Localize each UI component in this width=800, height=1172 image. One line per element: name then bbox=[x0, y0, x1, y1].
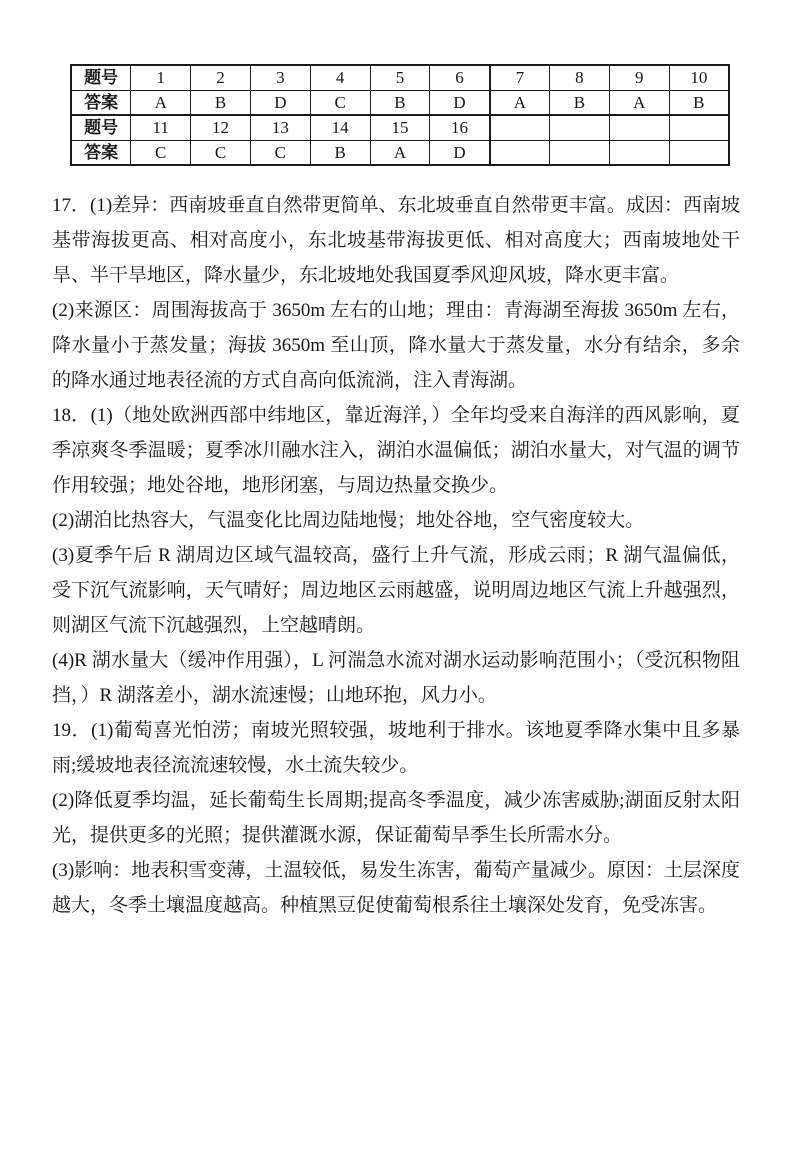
document-page: 题号 1 2 3 4 5 6 7 8 9 10 答案 A B D C B D A bbox=[0, 0, 800, 1172]
answer-paragraph-q19-3: (3)影响：地表积雪变薄，土温较低，易发生冻害，葡萄产量减少。原因：土层深度越大… bbox=[52, 853, 740, 923]
table-cell-empty bbox=[609, 115, 669, 140]
table-cell: D bbox=[430, 90, 490, 115]
table-cell: 11 bbox=[131, 115, 191, 140]
answer-paragraph-q18-2: (2)湖泊比热容大，气温变化比周边陆地慢；地处谷地，空气密度较大。 bbox=[52, 503, 740, 538]
table-cell-empty bbox=[550, 115, 610, 140]
table-cell: A bbox=[490, 90, 550, 115]
table-cell: B bbox=[550, 90, 610, 115]
answer-paragraph-q18-1: 18．(1)（地处欧洲西部中纬地区，靠近海洋，）全年均受来自海洋的西风影响，夏季… bbox=[52, 398, 740, 503]
table-cell: 4 bbox=[310, 65, 370, 90]
table-cell: C bbox=[131, 140, 191, 165]
table-cell-empty bbox=[490, 115, 550, 140]
table-cell: 1 bbox=[131, 65, 191, 90]
table-row-answers-11-16: 答案 C C C B A D bbox=[71, 140, 729, 165]
table-cell: 15 bbox=[370, 115, 430, 140]
table-cell: 16 bbox=[430, 115, 490, 140]
table-cell: 6 bbox=[430, 65, 490, 90]
table-cell-empty bbox=[609, 140, 669, 165]
table-cell: B bbox=[310, 140, 370, 165]
table-cell: 3 bbox=[250, 65, 310, 90]
table-cell: D bbox=[250, 90, 310, 115]
table-cell: 7 bbox=[490, 65, 550, 90]
table-cell: A bbox=[609, 90, 669, 115]
answer-section-q19: 19．(1)葡萄喜光怕涝；南坡光照较强，坡地利于排水。该地夏季降水集中且多暴雨;… bbox=[52, 713, 740, 923]
table-cell: A bbox=[131, 90, 191, 115]
answer-paragraph-q19-2: (2)降低夏季均温，延长葡萄生长周期;提高冬季温度，减少冻害威胁;湖面反射太阳光… bbox=[52, 783, 740, 853]
answer-section-q17: 17．(1)差异：西南坡垂直自然带更简单、东北坡垂直自然带更丰富。成因：西南坡基… bbox=[52, 188, 740, 398]
table-row-question-numbers-11-16: 题号 11 12 13 14 15 16 bbox=[71, 115, 729, 140]
table-cell: 14 bbox=[310, 115, 370, 140]
table-cell-empty bbox=[550, 140, 610, 165]
answer-paragraph-q18-4: (4)R 湖水量大（缓冲作用强），L 河湍急水流对湖水运动影响范围小；（受沉积物… bbox=[52, 643, 740, 713]
table-cell: B bbox=[370, 90, 430, 115]
table-cell: B bbox=[191, 90, 251, 115]
table-header-cell: 答案 bbox=[71, 140, 131, 165]
answer-explanations: 17．(1)差异：西南坡垂直自然带更简单、东北坡垂直自然带更丰富。成因：西南坡基… bbox=[52, 188, 740, 923]
table-cell: 12 bbox=[191, 115, 251, 140]
table-row-answers-1-10: 答案 A B D C B D A B A B bbox=[71, 90, 729, 115]
table-cell: 8 bbox=[550, 65, 610, 90]
answer-paragraph-q18-3: (3)夏季午后 R 湖周边区域气温较高，盛行上升气流，形成云雨；R 湖气温偏低，… bbox=[52, 538, 740, 643]
table-cell-empty bbox=[669, 115, 729, 140]
table-cell-empty bbox=[490, 140, 550, 165]
table-cell: C bbox=[310, 90, 370, 115]
table-cell: 9 bbox=[609, 65, 669, 90]
table-row-question-numbers-1-10: 题号 1 2 3 4 5 6 7 8 9 10 bbox=[71, 65, 729, 90]
table-cell: 13 bbox=[250, 115, 310, 140]
table-header-cell: 题号 bbox=[71, 115, 131, 140]
table-cell: 5 bbox=[370, 65, 430, 90]
table-header-cell: 题号 bbox=[71, 65, 131, 90]
table-cell-empty bbox=[669, 140, 729, 165]
table-cell: D bbox=[430, 140, 490, 165]
answer-section-q18: 18．(1)（地处欧洲西部中纬地区，靠近海洋，）全年均受来自海洋的西风影响，夏季… bbox=[52, 398, 740, 713]
answer-paragraph-q17-1: 17．(1)差异：西南坡垂直自然带更简单、东北坡垂直自然带更丰富。成因：西南坡基… bbox=[52, 188, 740, 293]
answer-paragraph-q19-1: 19．(1)葡萄喜光怕涝；南坡光照较强，坡地利于排水。该地夏季降水集中且多暴雨;… bbox=[52, 713, 740, 783]
table-cell: 2 bbox=[191, 65, 251, 90]
table-cell: B bbox=[669, 90, 729, 115]
table-cell: C bbox=[191, 140, 251, 165]
table-cell: C bbox=[250, 140, 310, 165]
answer-paragraph-q17-2: (2)来源区：周围海拔高于 3650m 左右的山地；理由：青海湖至海拔 3650… bbox=[52, 293, 740, 398]
table-cell: A bbox=[370, 140, 430, 165]
table-header-cell: 答案 bbox=[71, 90, 131, 115]
answer-key-table: 题号 1 2 3 4 5 6 7 8 9 10 答案 A B D C B D A bbox=[70, 64, 730, 166]
table-cell: 10 bbox=[669, 65, 729, 90]
